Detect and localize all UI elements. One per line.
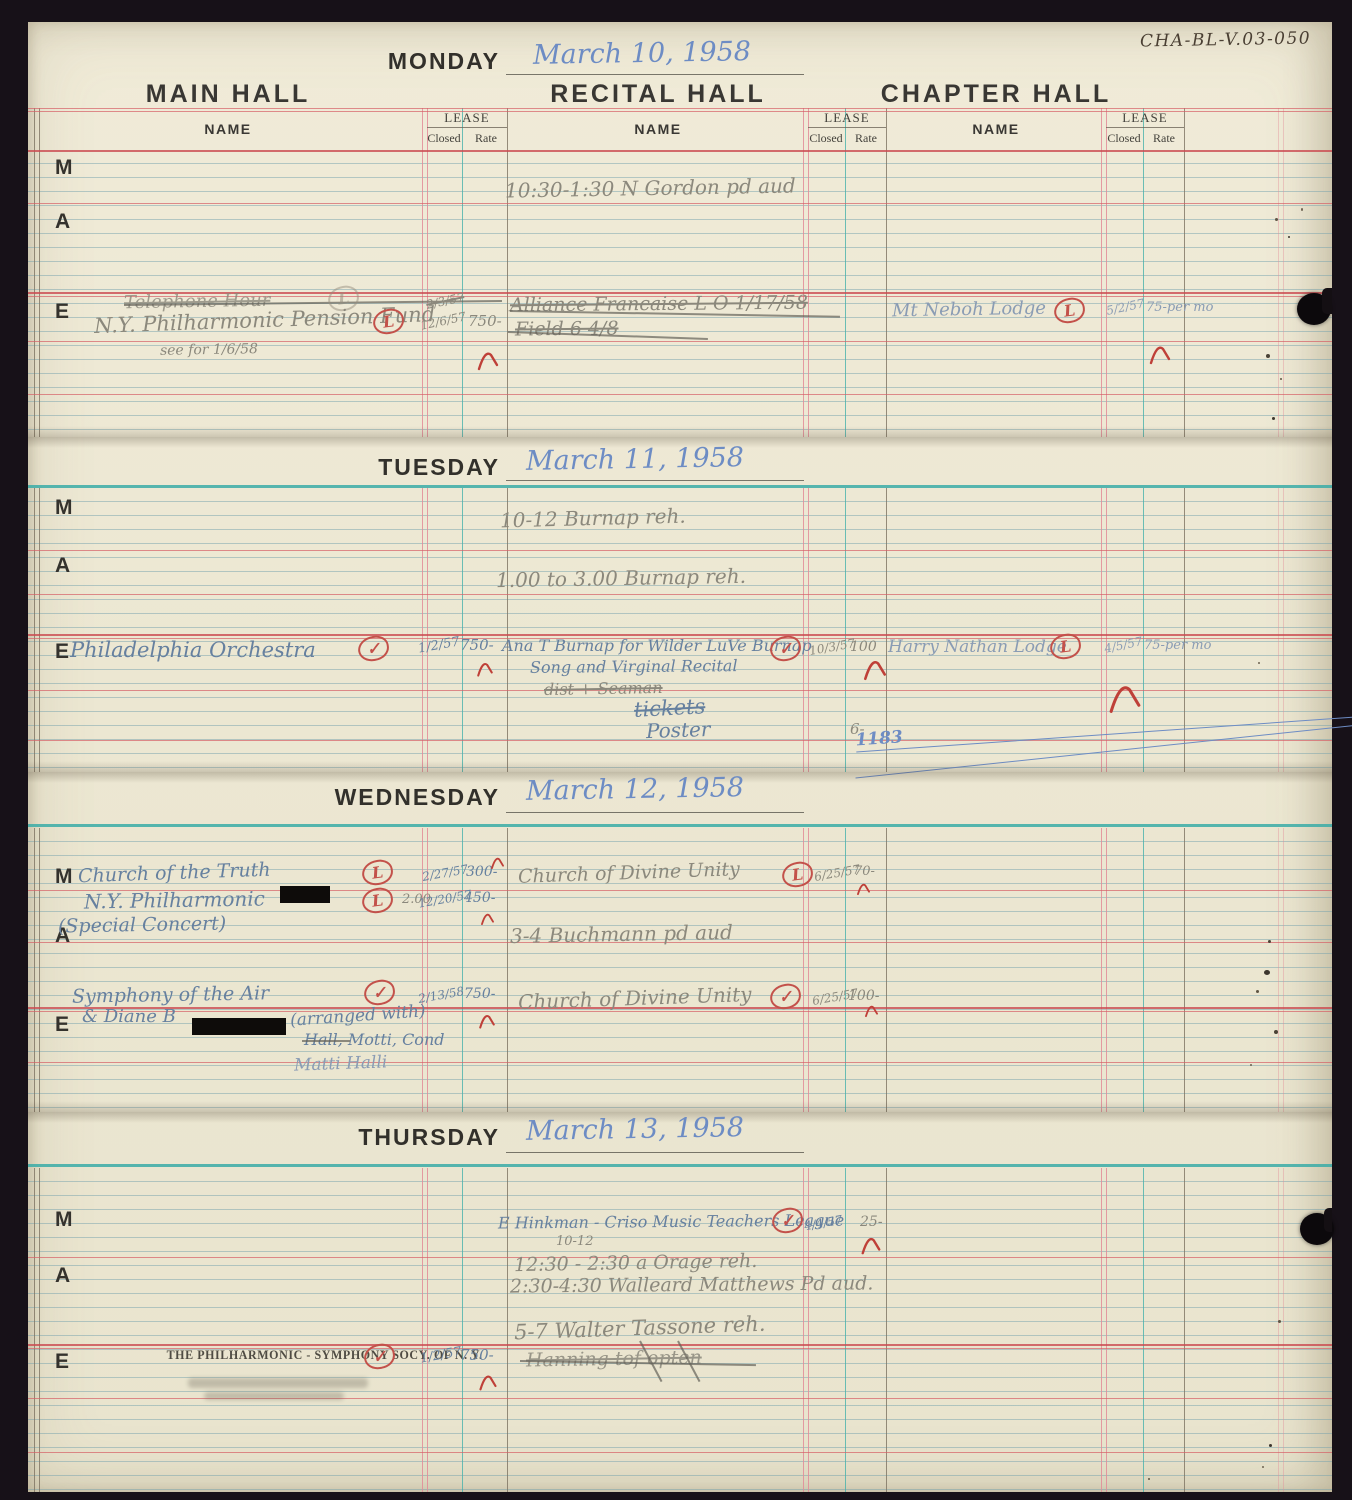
circled-l-mark: L [360, 858, 394, 887]
row-label-evening: E [55, 300, 69, 324]
red-check-mark [476, 658, 494, 678]
mark-letter: ✓ [366, 638, 382, 659]
lease-underline [808, 127, 886, 128]
row-label-evening: E [55, 1013, 69, 1037]
red-check-mark [1106, 676, 1144, 716]
entry-recital-morning-rate: 25- [860, 1214, 883, 1230]
column-header-lease-recital: LEASE [824, 110, 869, 126]
lease-underline [1106, 127, 1184, 128]
row-label-afternoon: A [55, 210, 70, 234]
mark-letter: ✓ [778, 986, 794, 1007]
speck [1278, 1320, 1281, 1323]
entry-main-evening-name: Philadelphia Orchestra [70, 638, 316, 662]
entry-main-afternoon-name: N.Y. Philharmonic [84, 886, 265, 913]
entry-recital-evening-rate: 100 [850, 639, 877, 655]
entry-chapter-evening-name: Mt Neboh Lodge [892, 298, 1046, 322]
entry-recital-evening-name: Church of Divine Unity [518, 982, 752, 1014]
speck [1288, 236, 1290, 238]
red-rule-line [28, 1062, 1332, 1063]
lease-underline [427, 127, 507, 128]
entry-main-morning-name: Church of the Truth [78, 859, 271, 888]
entry-recital-evening-amount2: 6- [850, 720, 865, 738]
red-check-mark [860, 1232, 882, 1256]
entry-recital-afternoon: 1.00 to 3.00 Burnap reh. [496, 564, 746, 592]
column-header-lease-main: LEASE [444, 110, 489, 126]
hall-title-main: MAIN HALL [146, 80, 310, 109]
row-label-evening: E [55, 640, 69, 664]
entry-main-evening-rate: 750- [464, 986, 495, 1002]
day-date-wednesday: March 12, 1958 [526, 772, 744, 807]
date-underline [506, 1152, 804, 1153]
speck [1274, 1030, 1278, 1034]
teal-rule-line [28, 1164, 1332, 1167]
section-shadow [28, 1101, 1332, 1112]
date-underline [506, 812, 804, 813]
mark-letter: L [1059, 636, 1073, 656]
column-header-name-chapter: NAME [972, 121, 1019, 137]
mark-letter: L [791, 864, 805, 884]
redaction-box [280, 886, 330, 903]
date-underline [506, 480, 804, 481]
mark-letter: ✓ [778, 638, 794, 659]
entry-recital-evening-line1: Ana T Burnap for Wilder LuVe Burnap [502, 636, 812, 655]
red-check-mark [476, 346, 500, 372]
row-label-morning: M [55, 1208, 73, 1232]
speck [1272, 417, 1275, 420]
entry-main-evening-rate: 750- [468, 312, 502, 330]
day-label-monday: MONDAY [350, 48, 500, 75]
speck [1269, 1444, 1272, 1447]
ledger-page: CHA-BL-V.03-050 MONDAY March 10, 1958 MA… [28, 22, 1332, 1492]
entry-recital-morning-rate: 70- [854, 864, 875, 879]
entry-chapter-evening-name: Harry Nathan Lodge [888, 637, 1067, 657]
column-header-rate-chapter: Rate [1153, 131, 1175, 146]
entry-recital-afternoon: 3-4 Buchmann pd aud [510, 920, 733, 948]
mark-letter: ✓ [372, 982, 388, 1003]
entry-main-evening-closed: 2/13/58 [417, 984, 465, 1006]
speck [1262, 1466, 1264, 1468]
teal-rule-line [28, 824, 1332, 827]
red-check-mark [862, 654, 888, 682]
section-shadow [28, 426, 1332, 437]
entry-main-evening-rate: 750- [460, 1346, 494, 1364]
entry-recital-evening-struck-2: Field 6 4/8 [515, 318, 619, 341]
red-rule-line [28, 594, 1332, 595]
day-date-monday: March 10, 1958 [533, 36, 751, 71]
hall-title-chapter: CHAPTER HALL [881, 80, 1111, 109]
row-label-evening: E [55, 1350, 69, 1374]
speck [1148, 1478, 1150, 1480]
entry-main-morning-closed: 2/27/57 [421, 862, 469, 884]
red-check-mark [478, 1010, 496, 1030]
entry-main-evening-line2b: (arranged with) [289, 1001, 426, 1030]
red-rule-line [28, 394, 1332, 395]
column-header-name-recital: NAME [634, 121, 681, 137]
entry-recital-evening-line2: Song and Virginal Recital [530, 656, 738, 677]
column-header-name-main: NAME [204, 121, 251, 137]
red-check-mark [856, 880, 871, 896]
section-shadow [28, 761, 1332, 772]
entry-chapter-evening-closed: 5/2/57 [1105, 296, 1146, 318]
column-header-rate-recital: Rate [855, 131, 877, 146]
red-rule-line [28, 203, 1332, 204]
monday-table: M A E 10:30-1:30 N Gordon pd aud Telepho… [28, 150, 1332, 437]
entry-recital-afternoon-1: 12:30 - 2:30 a Orage reh. [514, 1250, 758, 1276]
day-label-tuesday: TUESDAY [350, 454, 500, 481]
day-label-thursday: THURSDAY [320, 1124, 500, 1151]
speck [1250, 1064, 1252, 1066]
day-date-thursday: March 13, 1958 [526, 1112, 744, 1147]
entry-main-evening-name: Symphony of the Air [72, 982, 270, 1007]
circled-l-mark: L [1052, 296, 1086, 325]
entry-main-evening-note: see for 1/6/58 [160, 341, 258, 359]
mark-letter: L [371, 890, 385, 910]
pink-rule-line [28, 108, 1332, 109]
column-header-closed-recital: Closed [809, 131, 842, 146]
tuesday-table: M A E 10-12 Burnap reh. 1.00 to 3.00 Bur… [28, 488, 1332, 772]
entry-chapter-evening-rate: 75-per mo [1144, 638, 1211, 653]
entry-main-afternoon-rate: 450- [464, 890, 495, 906]
archive-code: CHA-BL-V.03-050 [1140, 29, 1312, 52]
speck [1258, 662, 1260, 664]
column-header-band: NAME NAME NAME LEASE LEASE LEASE Closed … [28, 108, 1332, 150]
edge-notch [1322, 288, 1332, 314]
day-date-tuesday: March 11, 1958 [526, 442, 744, 477]
speck [1268, 940, 1271, 943]
red-rule-line [28, 1452, 1332, 1453]
speck [1280, 378, 1282, 380]
faded-stamp-smudge [188, 1378, 368, 1388]
entry-chapter-evening-rate: 75-per mo [1146, 300, 1213, 315]
mark-letter: L [371, 862, 385, 882]
entry-recital-morning-name: Church of Divine Unity [518, 858, 740, 888]
red-check-mark [490, 854, 505, 870]
entry-recital-afternoon-2: 2:30-4:30 Walleard Matthews Pd aud. [510, 1272, 874, 1297]
day-label-wednesday: WEDNESDAY [320, 784, 500, 811]
circled-check-mark: ✓ [362, 1342, 396, 1371]
row-label-morning: M [55, 156, 73, 180]
wednesday-table: M A E Church of the Truth L 2/27/57 300-… [28, 828, 1332, 1112]
red-rule-line [28, 550, 1332, 551]
entry-recital-morning: 10:30-1:30 N Gordon pd aud [505, 173, 796, 202]
speck [1301, 208, 1303, 211]
entry-main-evening-rate: 750- [460, 636, 494, 654]
entry-recital-evening-struck: dist + Seaman [544, 678, 663, 699]
thursday-table: M A E E Hinkman - Criso Music Teachers L… [28, 1168, 1332, 1492]
date-underline [506, 74, 804, 75]
redaction-box [192, 1018, 286, 1035]
strike-line [302, 1040, 350, 1042]
column-header-closed-chapter: Closed [1107, 131, 1140, 146]
mark-letter: ✓ [780, 1210, 796, 1231]
speck [1256, 990, 1259, 993]
column-header-lease-chapter: LEASE [1122, 110, 1167, 126]
edge-notch [1324, 1208, 1332, 1232]
circled-l-mark: L [780, 860, 814, 889]
mark-letter: L [382, 311, 396, 331]
entry-recital-morning: 10-12 Burnap reh. [500, 504, 686, 533]
speck [1275, 218, 1278, 221]
entry-recital-morning-time: 10-12 [556, 1234, 593, 1249]
entry-main-afternoon-note: (Special Concert) [58, 913, 227, 938]
mark-letter: ✓ [372, 1346, 388, 1367]
entry-recital-evening-closed: 10/3/57 [808, 636, 856, 658]
faded-stamp-smudge [204, 1392, 344, 1400]
row-label-afternoon: A [55, 554, 70, 578]
red-check-mark [864, 1002, 879, 1018]
red-check-mark [480, 910, 495, 926]
column-header-closed-main: Closed [427, 131, 460, 146]
red-rule-line [28, 1011, 1332, 1012]
entry-main-evening-line2: & Diane B [82, 1006, 176, 1027]
row-label-morning: M [55, 865, 73, 889]
entry-main-evening-line4: Matti Halli [294, 1052, 388, 1075]
red-check-mark [478, 1370, 498, 1392]
column-header-rate-main: Rate [475, 131, 497, 146]
red-rule-line [28, 150, 1332, 152]
entry-recital-evening-struck: Hanning tof opten [526, 1346, 702, 1371]
row-label-morning: M [55, 496, 73, 520]
red-check-mark [1148, 340, 1172, 366]
hall-title-recital: RECITAL HALL [550, 80, 766, 109]
mark-letter: L [1063, 300, 1077, 320]
entry-recital-evening-1: 5-7 Walter Tassone reh. [514, 1312, 766, 1345]
row-label-afternoon: A [55, 1264, 70, 1288]
speck [1266, 354, 1270, 358]
entry-recital-evening-poster: Poster [646, 717, 711, 743]
speck [1264, 970, 1270, 975]
